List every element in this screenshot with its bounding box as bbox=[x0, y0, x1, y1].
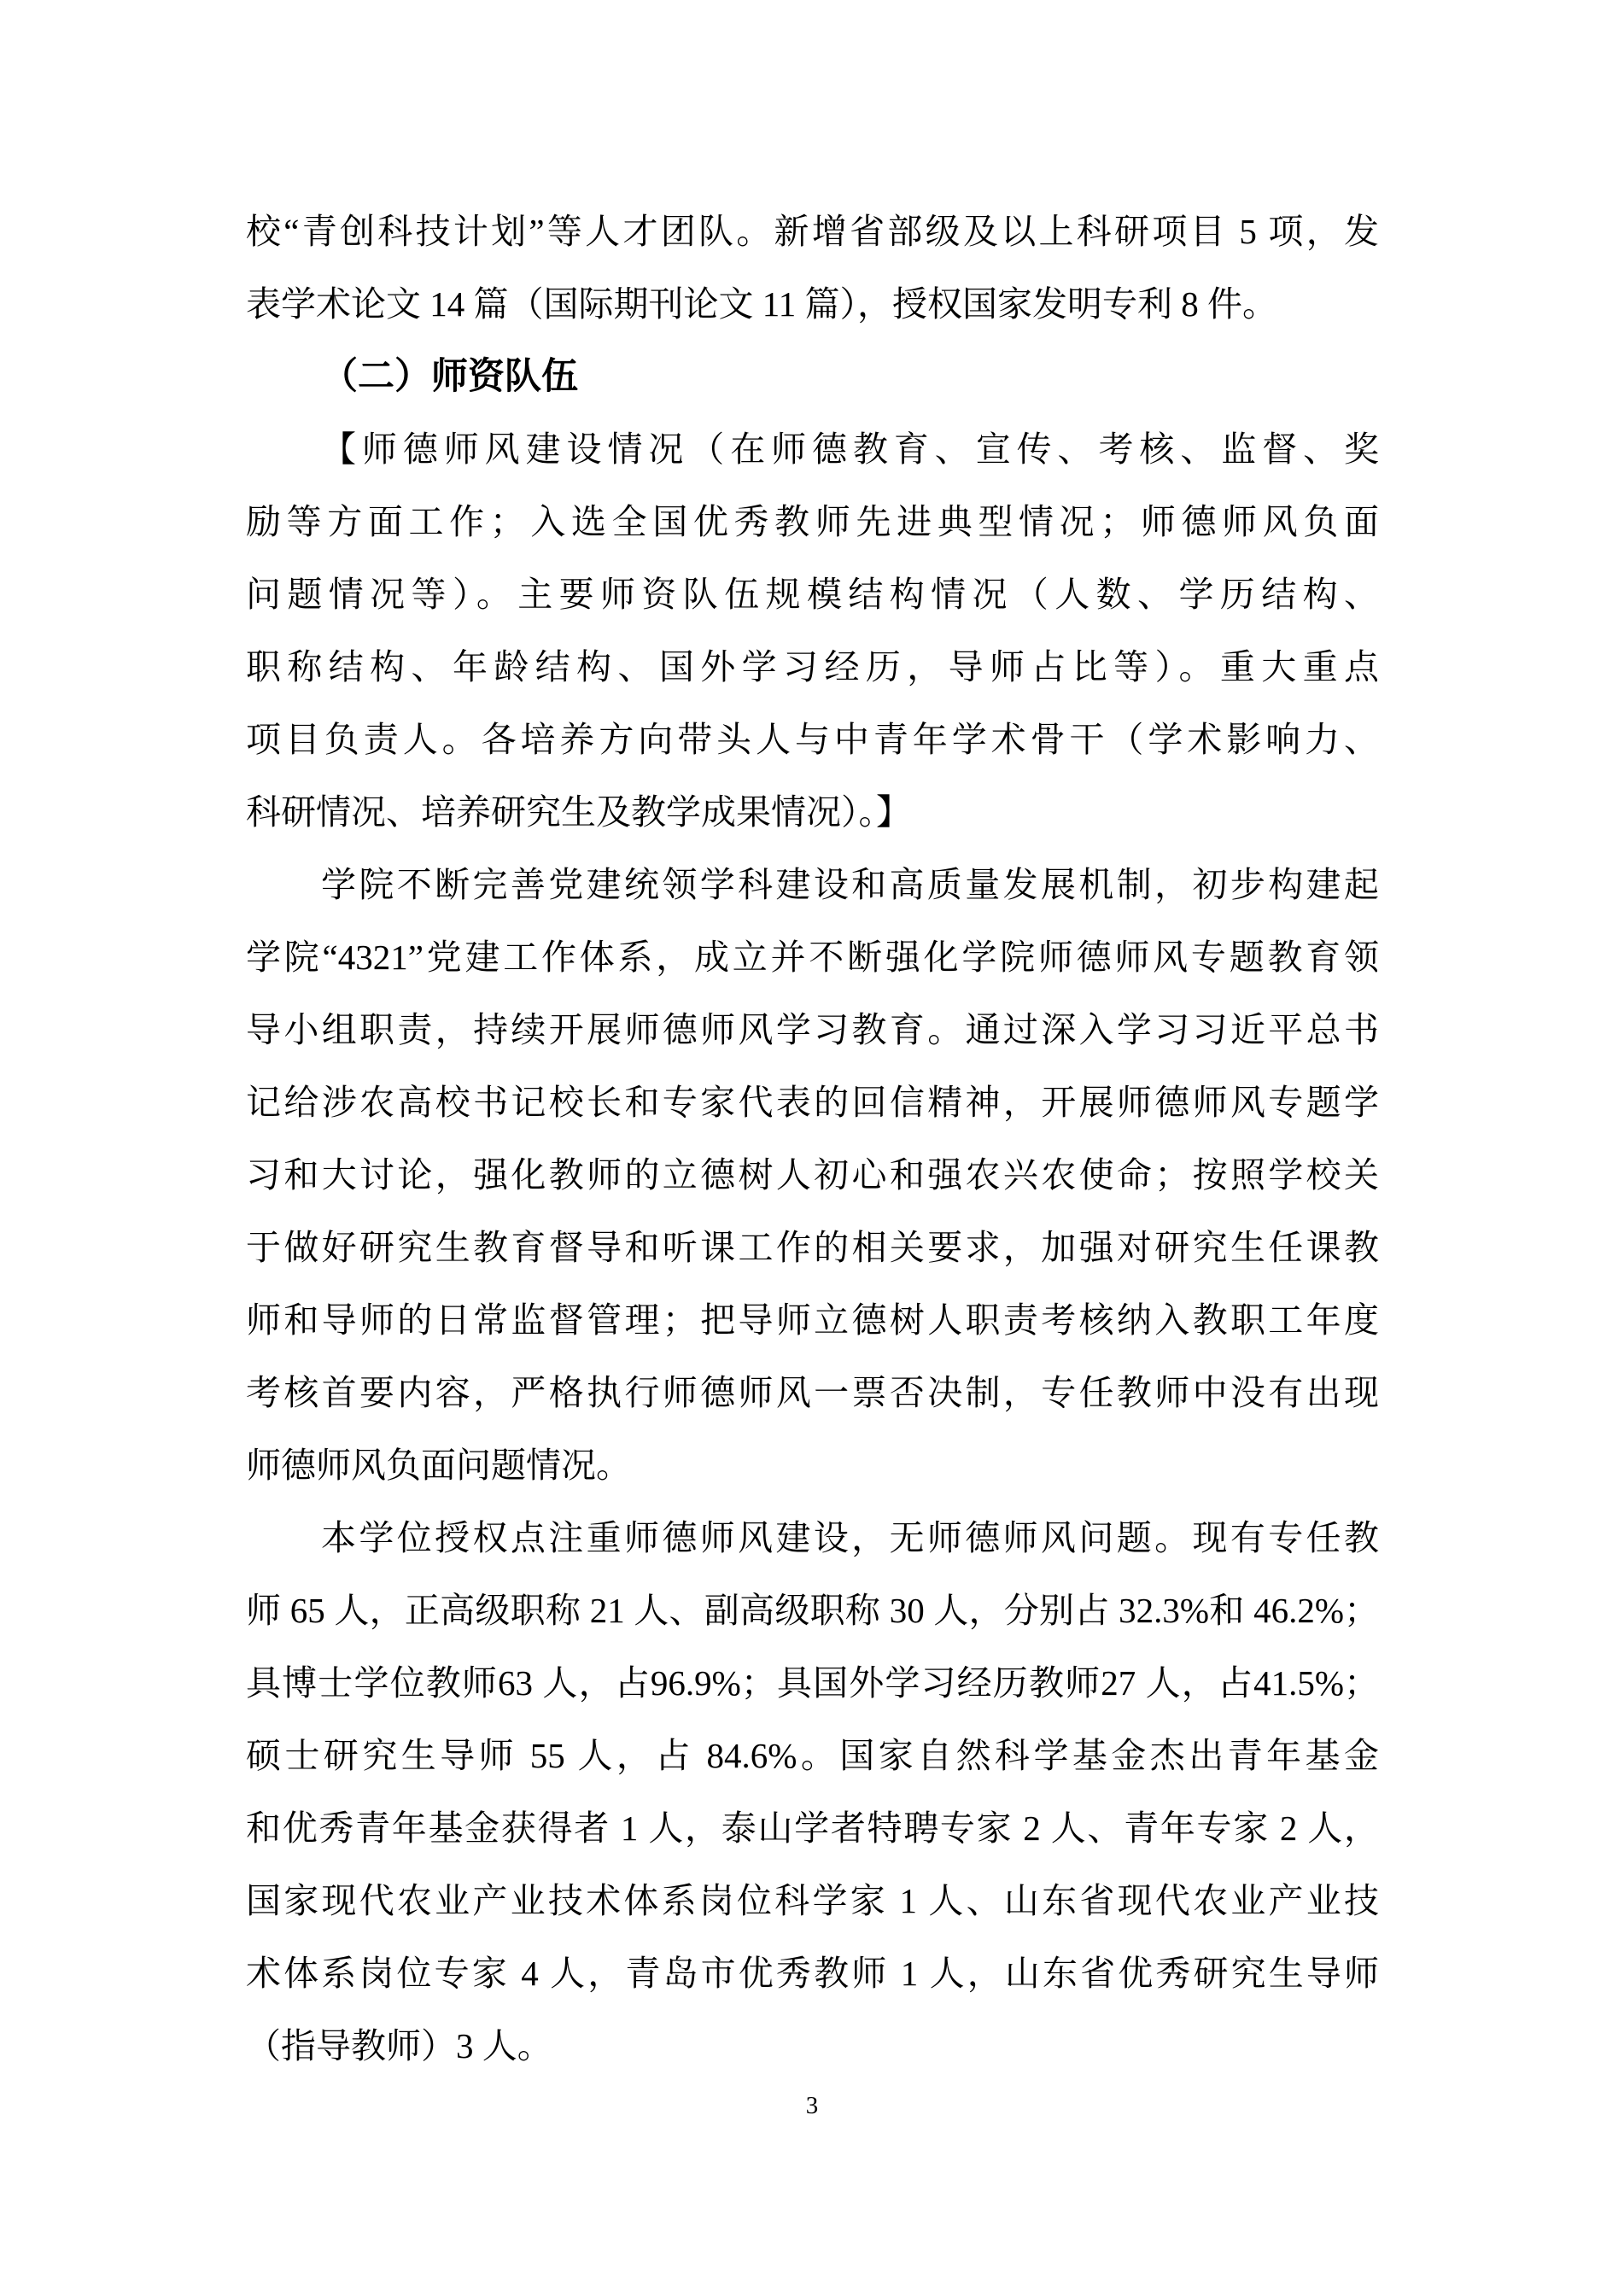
guideline-note-line: 问题情况等）。主要师资队伍规模结构情况（人数、学历结构、 bbox=[246, 558, 1379, 631]
body-text-line: 考核首要内容，严格执行师德师风一票否决制，专任教师中没有出现 bbox=[246, 1357, 1379, 1429]
guideline-note-line: 【师德师风建设情况（在师德教育、宣传、考核、监督、奖 bbox=[246, 413, 1379, 486]
document-page: 校“青创科技计划”等人才团队。新增省部级及以上科研项目 5 项，发 表学术论文 … bbox=[0, 0, 1624, 2296]
guideline-note-line: 职称结构、年龄结构、国外学习经历，导师占比等）。重大重点 bbox=[246, 631, 1379, 704]
body-text-line: 导小组职责，持续开展师德师风学习教育。通过深入学习习近平总书 bbox=[246, 994, 1379, 1066]
body-text-line: 本学位授权点注重师德师风建设，无师德师风问题。现有专任教 bbox=[246, 1502, 1379, 1574]
text-block: 校“青创科技计划”等人才团队。新增省部级及以上科研项目 5 项，发 表学术论文 … bbox=[246, 196, 1379, 2083]
body-text-line: 学院“4321”党建工作体系，成立并不断强化学院师德师风专题教育领 bbox=[246, 921, 1379, 994]
body-text-line: 术体系岗位专家 4 人，青岛市优秀教师 1 人，山东省优秀研究生导师 bbox=[246, 1937, 1379, 2010]
body-text-line: 于做好研究生教育督导和听课工作的相关要求，加强对研究生任课教 bbox=[246, 1212, 1379, 1284]
guideline-note-line: 科研情况、培养研究生及教学成果情况）。】 bbox=[246, 776, 1379, 849]
body-text-line: 硕士研究生导师 55 人，占 84.6%。国家自然科学基金杰出青年基金 bbox=[246, 1720, 1379, 1792]
body-text-line: 习和大讨论，强化教师的立德树人初心和强农兴农使命；按照学校关 bbox=[246, 1139, 1379, 1212]
body-text-line: 师 65 人，正高级职称 21 人、副高级职称 30 人，分别占 32.3%和 … bbox=[246, 1574, 1379, 1647]
guideline-note-line: 励等方面工作；入选全国优秀教师先进典型情况；师德师风负面 bbox=[246, 486, 1379, 558]
body-text-line: 师和导师的日常监督管理；把导师立德树人职责考核纳入教职工年度 bbox=[246, 1284, 1379, 1357]
body-text-line: 校“青创科技计划”等人才团队。新增省部级及以上科研项目 5 项，发 bbox=[246, 196, 1379, 268]
body-text-line: 记给涉农高校书记校长和专家代表的回信精神，开展师德师风专题学 bbox=[246, 1066, 1379, 1139]
body-text-line: 表学术论文 14 篇（国际期刊论文 11 篇），授权国家发明专利 8 件。 bbox=[246, 268, 1379, 341]
section-heading: （二）师资队伍 bbox=[246, 341, 1379, 413]
body-text-line: 具博士学位教师63 人，占96.9%；具国外学习经历教师27 人，占41.5%； bbox=[246, 1647, 1379, 1720]
body-text-line: 师德师风负面问题情况。 bbox=[246, 1429, 1379, 1502]
body-text-line: 国家现代农业产业技术体系岗位科学家 1 人、山东省现代农业产业技 bbox=[246, 1865, 1379, 1937]
body-text-line: 和优秀青年基金获得者 1 人，泰山学者特聘专家 2 人、青年专家 2 人， bbox=[246, 1792, 1379, 1865]
guideline-note-line: 项目负责人。各培养方向带头人与中青年学术骨干（学术影响力、 bbox=[246, 704, 1379, 776]
body-text-line: 学院不断完善党建统领学科建设和高质量发展机制，初步构建起 bbox=[246, 849, 1379, 921]
page-number: 3 bbox=[0, 2090, 1624, 2121]
body-text-line: （指导教师）3 人。 bbox=[246, 2010, 1379, 2083]
